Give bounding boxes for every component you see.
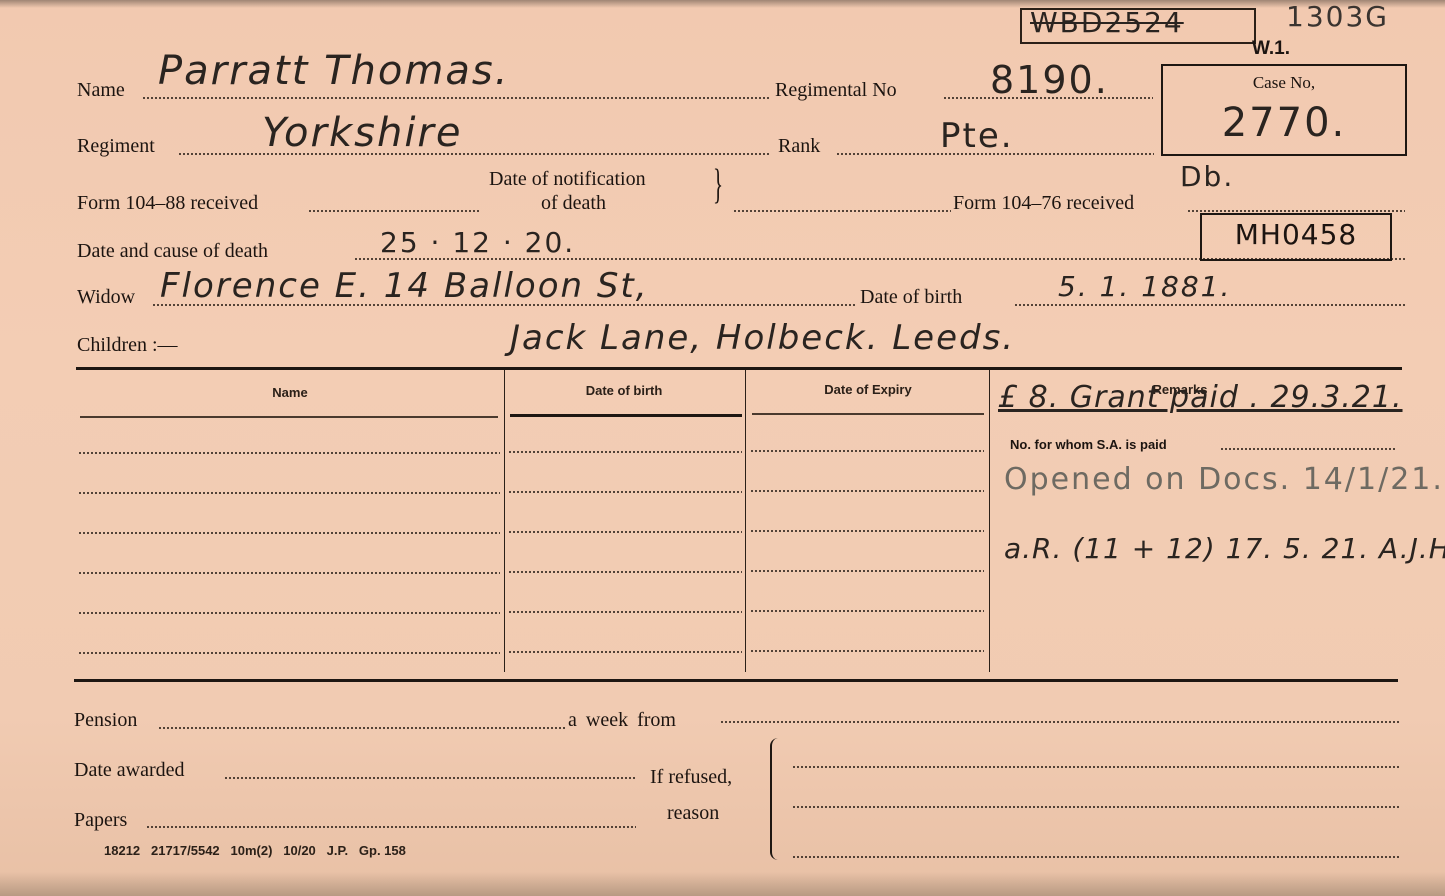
refused-reason-line-1 bbox=[792, 766, 1400, 768]
header-underline-expiry bbox=[752, 413, 984, 415]
name-dotted-line bbox=[142, 97, 770, 99]
form-104-88-dotted-line bbox=[308, 210, 480, 212]
large-brace-icon bbox=[770, 738, 782, 860]
column-header-name: Name bbox=[80, 385, 500, 400]
table-row bbox=[750, 610, 984, 612]
form-104-88-label: Form 104–88 received bbox=[77, 192, 258, 215]
table-bottom-rule bbox=[74, 679, 1398, 682]
struck-stamp-text: WBD2524 bbox=[1030, 6, 1184, 39]
papers-dotted-line bbox=[146, 826, 636, 828]
regimental-no-label: Regimental No bbox=[775, 79, 897, 102]
print-code: 18212 21717/5542 10m(2) 10/20 J.P. Gp. 1… bbox=[104, 843, 406, 858]
table-row bbox=[750, 490, 984, 492]
sa-paid-dotted-line bbox=[1220, 448, 1396, 450]
children-label: Children :— bbox=[77, 334, 178, 357]
pension-label: Pension bbox=[74, 709, 137, 732]
widow-value: Florence E. 14 Balloon St, bbox=[160, 266, 649, 306]
form-id: W.1. bbox=[1252, 38, 1290, 60]
date-cause-death-label: Date and cause of death bbox=[77, 240, 268, 263]
date-awarded-dotted-line bbox=[224, 777, 636, 779]
table-row bbox=[750, 530, 984, 532]
annotation-top-right: 1303G bbox=[1286, 0, 1389, 33]
date-of-birth-label: Date of birth bbox=[860, 286, 962, 309]
name-value: Parratt Thomas. bbox=[158, 48, 509, 94]
table-row bbox=[78, 612, 500, 614]
address-continued-value: Jack Lane, Holbeck. Leeds. bbox=[510, 318, 1015, 358]
date-of-birth-value: 5. 1. 1881. bbox=[1058, 270, 1231, 303]
date-notification-label-2: of death bbox=[541, 192, 606, 215]
rank-label: Rank bbox=[778, 135, 820, 158]
week-from-dotted-line bbox=[720, 721, 1400, 723]
brace-icon: } bbox=[713, 164, 723, 206]
table-row bbox=[750, 650, 984, 652]
remarks-opened-note: Opened on Docs. 14/1/21. bbox=[1004, 462, 1444, 497]
header-underline-name bbox=[80, 416, 498, 418]
date-notification-dotted-line bbox=[733, 210, 951, 212]
table-row bbox=[78, 532, 500, 534]
remarks-ar-note: a.R. (11 + 12) 17. 5. 21. A.J.H. bbox=[1004, 532, 1445, 565]
regiment-value: Yorkshire bbox=[262, 110, 462, 156]
refused-reason-line-2 bbox=[792, 806, 1400, 808]
refused-reason-line-3 bbox=[792, 856, 1400, 858]
date-cause-death-value: 25 · 12 · 20. bbox=[380, 226, 575, 259]
refused-label-line2: reason bbox=[667, 802, 719, 825]
table-row bbox=[78, 572, 500, 574]
date-of-birth-dotted-line bbox=[1014, 304, 1406, 306]
date-notification-label-1: Date of notification bbox=[489, 168, 646, 191]
table-row bbox=[750, 570, 984, 572]
sa-paid-label: No. for whom S.A. is paid bbox=[1010, 437, 1167, 452]
table-row bbox=[508, 611, 742, 613]
week-from-label: a week from bbox=[568, 709, 676, 732]
regimental-no-value: 8190. bbox=[990, 58, 1109, 102]
case-number-label: Case No, bbox=[1161, 73, 1407, 93]
column-header-date-of-birth: Date of birth bbox=[508, 383, 740, 398]
name-label: Name bbox=[77, 79, 125, 102]
table-row bbox=[78, 452, 500, 454]
column-divider-1 bbox=[504, 370, 505, 672]
regiment-label: Regiment bbox=[77, 135, 155, 158]
table-row bbox=[78, 492, 500, 494]
table-row bbox=[508, 451, 742, 453]
widow-label: Widow bbox=[77, 286, 135, 309]
rank-value: Pte. bbox=[940, 116, 1014, 156]
case-number-value: 2770. bbox=[1161, 100, 1407, 146]
reference-box-value: MH0458 bbox=[1200, 218, 1392, 251]
pension-record-card: WBD2524 1303G W.1. Case No, 2770. Name P… bbox=[0, 0, 1445, 896]
table-top-rule bbox=[76, 367, 1402, 370]
form-104-76-value: Db. bbox=[1180, 160, 1234, 193]
table-row bbox=[750, 450, 984, 452]
date-awarded-label: Date awarded bbox=[74, 759, 185, 782]
form-104-76-label: Form 104–76 received bbox=[953, 192, 1134, 215]
form-104-76-dotted-line bbox=[1187, 210, 1405, 212]
table-row bbox=[508, 491, 742, 493]
table-row bbox=[508, 531, 742, 533]
column-divider-3 bbox=[989, 370, 990, 672]
header-underline-dob bbox=[510, 414, 742, 417]
remarks-grant-note: £ 8. Grant paid . 29.3.21. bbox=[998, 380, 1403, 415]
pension-dotted-line bbox=[158, 727, 566, 729]
column-divider-2 bbox=[745, 370, 746, 672]
table-row bbox=[508, 571, 742, 573]
table-row bbox=[508, 651, 742, 653]
table-row bbox=[78, 652, 500, 654]
papers-label: Papers bbox=[74, 809, 127, 832]
column-header-date-of-expiry: Date of Expiry bbox=[750, 382, 986, 397]
refused-label-line1: If refused, bbox=[650, 766, 732, 789]
